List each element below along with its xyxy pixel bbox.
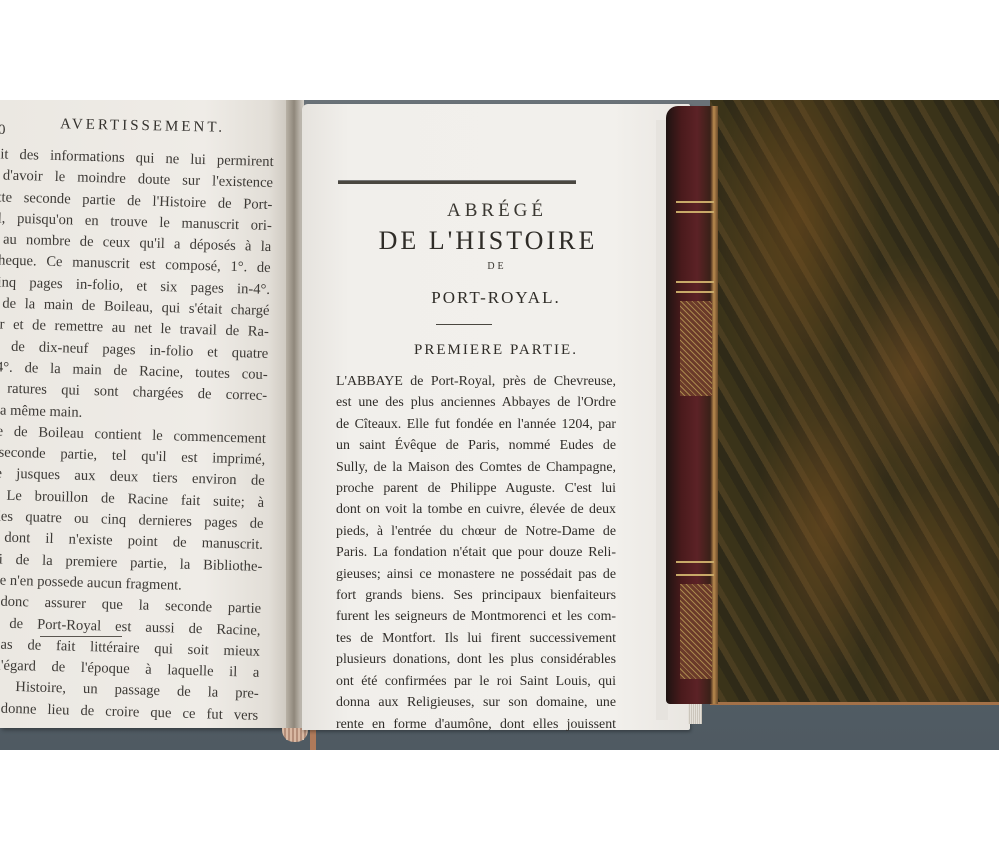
text-line: Paris. La fondation n'était que pour dou… <box>336 542 616 563</box>
text-line: tes de Montfort. Ils lui firent successi… <box>336 628 616 649</box>
text-line: Sully, de la Maison des Comtes de Champa… <box>336 457 616 478</box>
top-rule <box>338 180 576 184</box>
closed-book <box>656 100 999 702</box>
spine-band <box>676 211 714 213</box>
text-line: est une des plus anciennes Abbayes de l'… <box>336 392 616 413</box>
spine-tooling <box>680 584 712 679</box>
text-line: fort grands biens. Ses principaux bienfa… <box>336 585 616 606</box>
right-page-text: L'ABBAYE de Port-Royal, près de Chevreus… <box>336 371 616 735</box>
spine-band <box>676 561 714 563</box>
text-line: proche parent de Philippe Auguste. C'est… <box>336 478 616 499</box>
text-line: dont on voit la tombe en cuivre, élevée … <box>336 499 616 520</box>
spine-tooling <box>680 301 712 396</box>
text-line: gieuses; ainsi ce monastere ne possédait… <box>336 564 616 585</box>
text-line: de Cîteaux. Elle fut fondée en l'année 1… <box>336 414 616 435</box>
right-page: ABRÉGÉ DE L'HISTOIRE DE PORT-ROYAL. PREM… <box>302 104 690 730</box>
text-line: un saint Évêque de Paris, nommé Eudes de <box>336 435 616 456</box>
text-line: rente en forme d'aumône, dont elles joui… <box>336 714 616 735</box>
left-page-text: quit des informations qui ne lui permire… <box>0 144 274 727</box>
title-rule <box>436 324 492 325</box>
text-line: ont été confirmées par le roi Saint Loui… <box>336 671 616 692</box>
book-spine <box>666 106 718 704</box>
spine-band <box>676 281 714 283</box>
title-de: DE <box>302 261 692 272</box>
spine-band <box>676 201 714 203</box>
book-photograph: 0 AVERTISSEMENT. quit des informations q… <box>0 100 999 750</box>
text-line: donna aux Religieuses, sur son domaine, … <box>336 692 616 713</box>
text-line: plusieurs donations, dont les plus consi… <box>336 649 616 670</box>
title-abrege: ABRÉGÉ <box>302 200 692 222</box>
spine-band <box>676 574 714 576</box>
leather-cover <box>710 100 999 705</box>
text-line: pieds, à l'entrée du chœur de Notre-Dame… <box>336 521 616 542</box>
title-port-royal: PORT-ROYAL. <box>302 288 690 308</box>
section-title: PREMIERE PARTIE. <box>302 342 690 359</box>
title-histoire: DE L'HISTOIRE <box>318 226 658 256</box>
text-line: L'ABBAYE de Port-Royal, près de Chevreus… <box>336 371 616 392</box>
ribbon-marker <box>310 730 316 750</box>
text-line: furent les seigneurs de Montmorenci et l… <box>336 606 616 627</box>
spine-band <box>676 291 714 293</box>
running-head: AVERTISSEMENT. <box>60 116 225 136</box>
left-page: 0 AVERTISSEMENT. quit des informations q… <box>0 100 292 728</box>
page-number: 0 <box>0 122 6 139</box>
end-rule <box>40 636 122 637</box>
